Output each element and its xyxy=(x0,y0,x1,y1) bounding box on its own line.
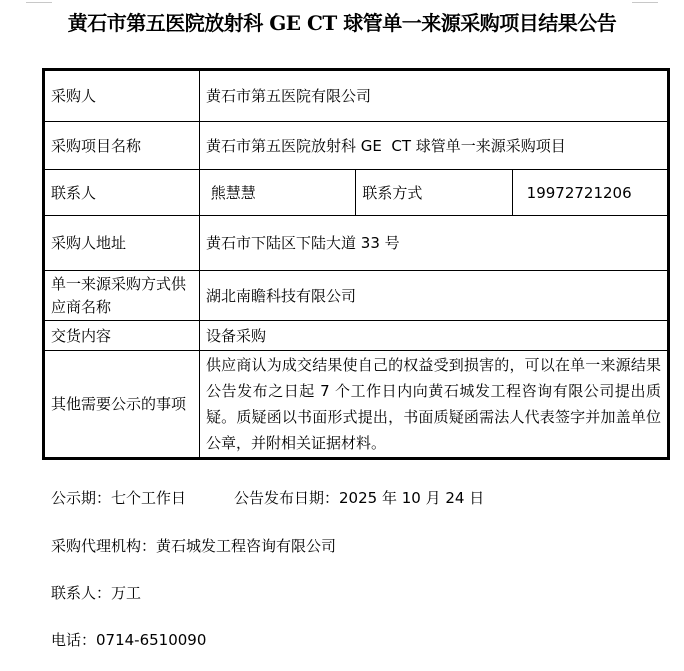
contact-method-label: 联系方式 xyxy=(356,170,512,216)
publicity-period: 公示期：七个工作日 xyxy=(51,489,186,507)
page-corner-mark-left xyxy=(26,0,52,3)
other-matters-label: 其他需要公示的事项 xyxy=(44,351,200,459)
page-corner-mark-right xyxy=(632,0,658,3)
procurement-agency: 采购代理机构：黄石城发工程咨询有限公司 xyxy=(51,536,336,556)
document-title: 黄石市第五医院放射科 GE CT 球管单一来源采购项目结果公告 xyxy=(0,10,684,36)
agency-contact-person: 联系人：万工 xyxy=(51,583,141,603)
announcement-table: 采购人 黄石市第五医院有限公司 采购项目名称 黄石市第五医院放射科 GE CT … xyxy=(42,68,670,460)
table-row-project-name: 采购项目名称 黄石市第五医院放射科 GE CT 球管单一来源采购项目 xyxy=(44,122,669,170)
purchaser-address-value: 黄石市下陆区下陆大道 33 号 xyxy=(200,216,669,271)
table-row-delivery: 交货内容 设备采购 xyxy=(44,321,669,351)
purchaser-address-label: 采购人地址 xyxy=(44,216,200,271)
table-row-supplier: 单一来源采购方式供应商名称 湖北南瞻科技有限公司 xyxy=(44,271,669,321)
supplier-name-value: 湖北南瞻科技有限公司 xyxy=(200,271,669,321)
delivery-content-label: 交货内容 xyxy=(44,321,200,351)
contact-method-value: 19972721206 xyxy=(512,170,668,216)
table-row-address: 采购人地址 黄石市下陆区下陆大道 33 号 xyxy=(44,216,669,271)
publish-date: 公告发布日期：2025 年 10 月 24 日 xyxy=(234,489,484,507)
table-row-other-matters: 其他需要公示的事项 供应商认为成交结果使自己的权益受到损害的，可以在单一来源结果… xyxy=(44,351,669,459)
purchaser-value: 黄石市第五医院有限公司 xyxy=(200,70,669,122)
supplier-name-label: 单一来源采购方式供应商名称 xyxy=(44,271,200,321)
contact-person-label: 联系人 xyxy=(44,170,200,216)
table-row-purchaser: 采购人 黄石市第五医院有限公司 xyxy=(44,70,669,122)
table-row-contact: 联系人 熊慧慧 联系方式 19972721206 xyxy=(44,170,669,216)
purchaser-label: 采购人 xyxy=(44,70,200,122)
agency-phone: 电话：0714-6510090 xyxy=(51,630,206,650)
publicity-line: 公示期：七个工作日公告发布日期：2025 年 10 月 24 日 xyxy=(51,488,484,508)
project-name-value: 黄石市第五医院放射科 GE CT 球管单一来源采购项目 xyxy=(200,122,669,170)
other-matters-value: 供应商认为成交结果使自己的权益受到损害的，可以在单一来源结果公告发布之日起 7 … xyxy=(200,351,669,459)
project-name-label: 采购项目名称 xyxy=(44,122,200,170)
contact-person-value: 熊慧慧 xyxy=(200,170,356,216)
delivery-content-value: 设备采购 xyxy=(200,321,669,351)
